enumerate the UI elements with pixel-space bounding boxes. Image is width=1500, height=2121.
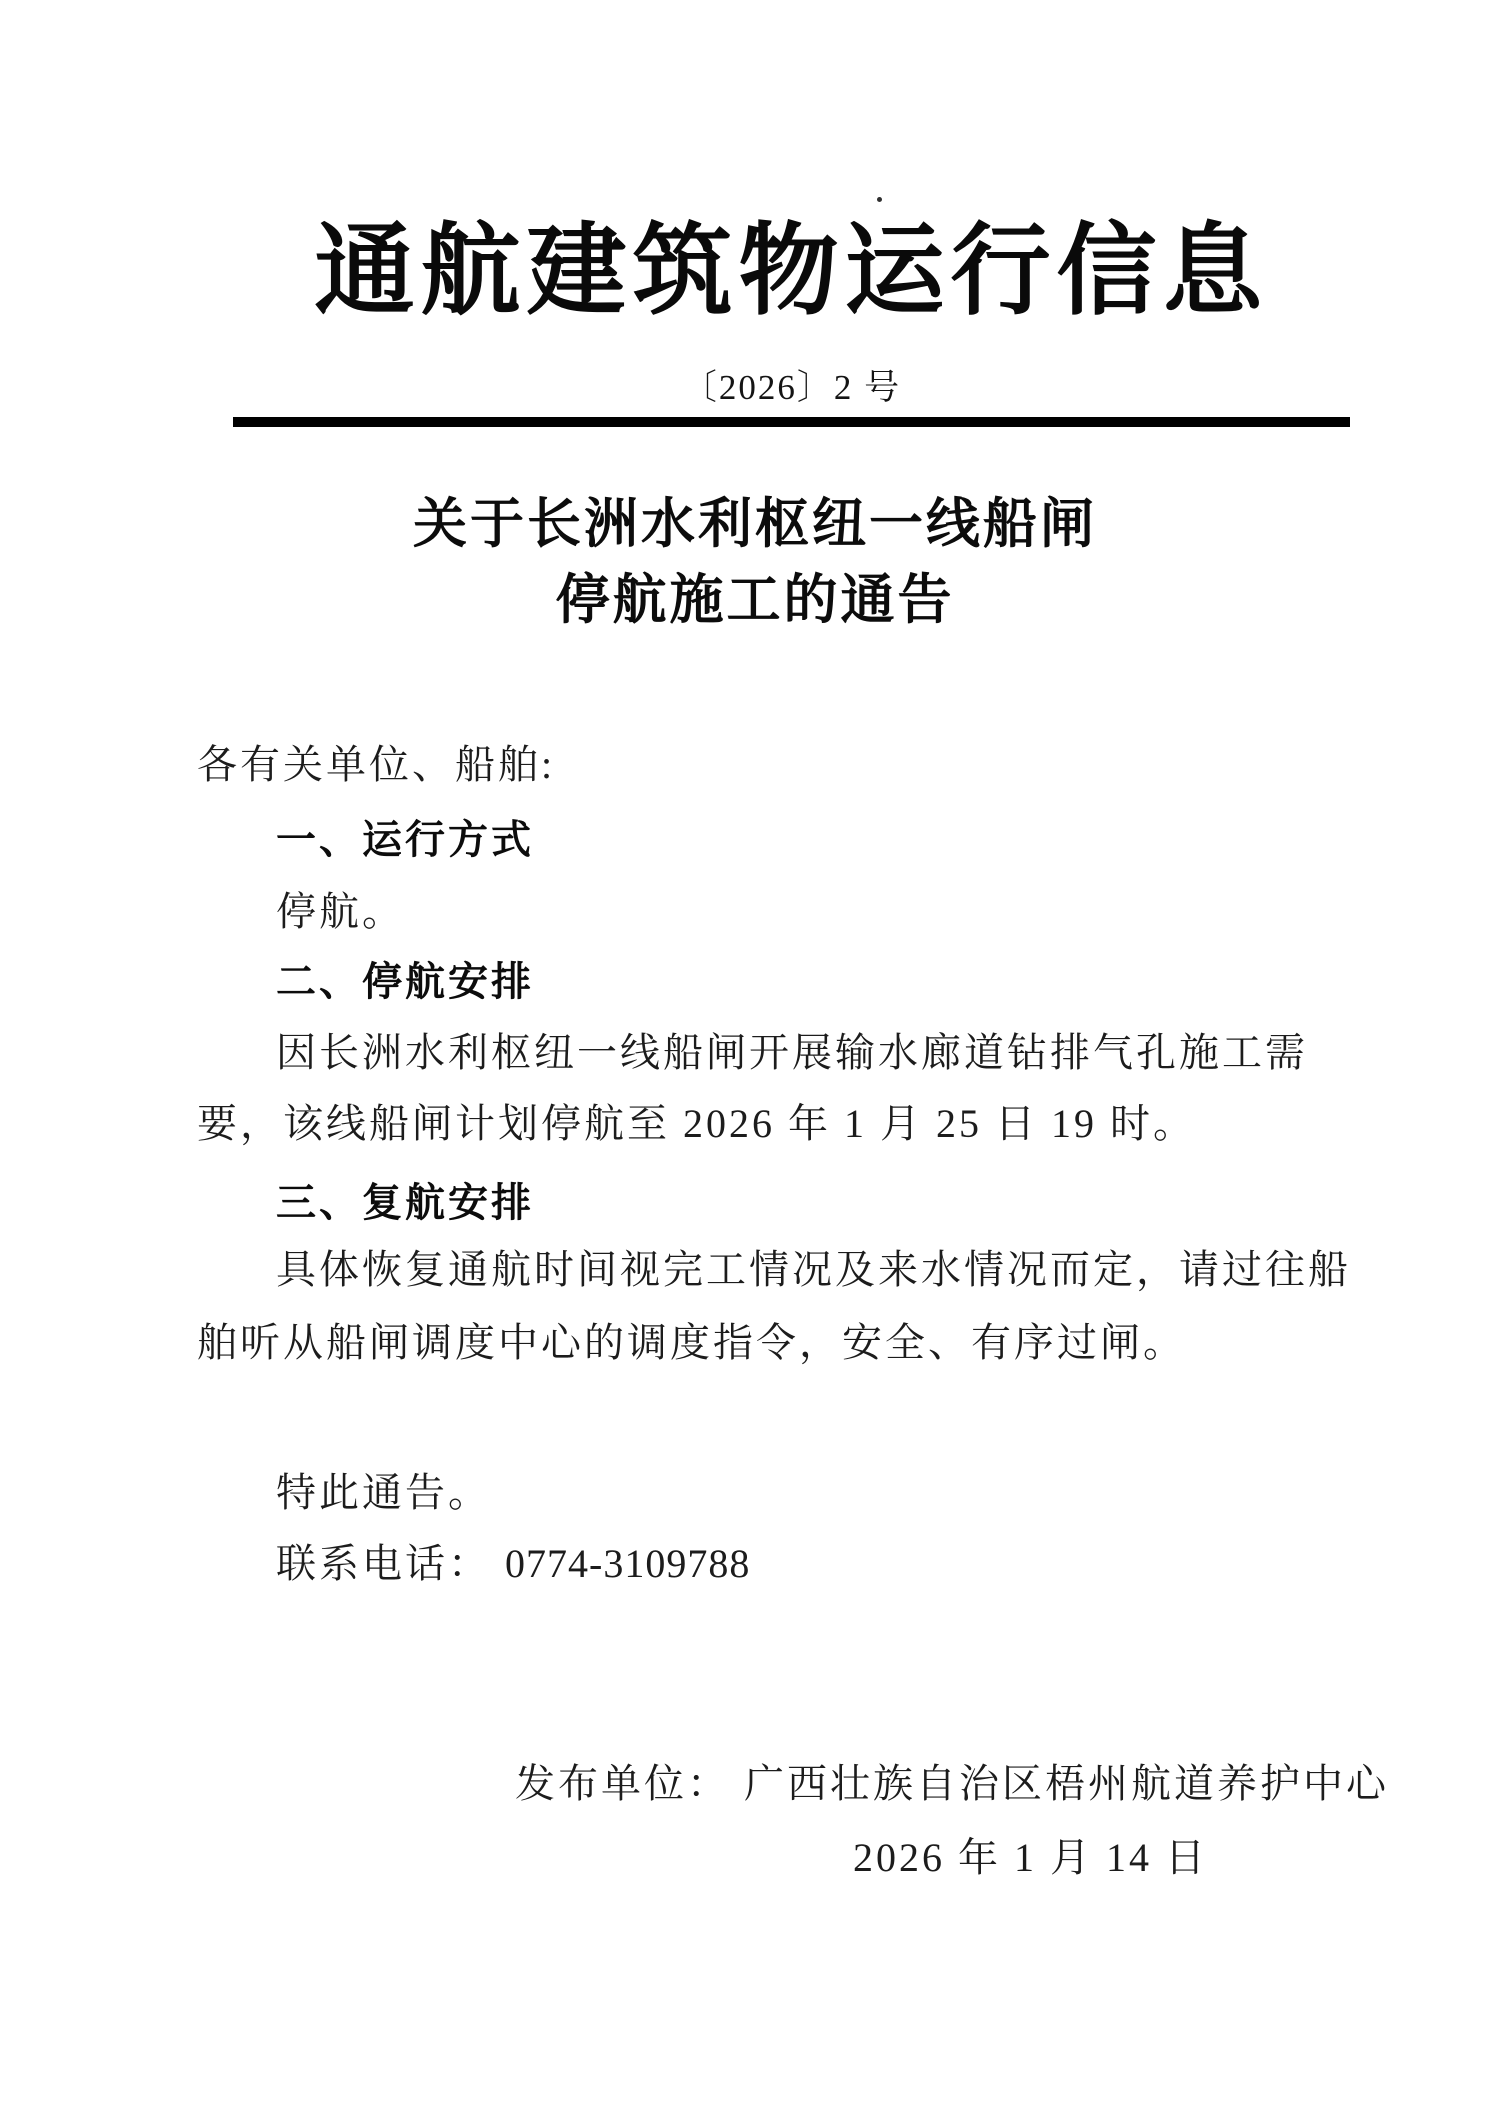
notice-title: 关于长洲水利枢纽一线船闸 停航施工的通告 [200,486,1310,638]
issue-date: 2026 年 1 月 14 日 [853,1826,1208,1883]
scan-artifact-dot [877,197,882,202]
contact-line: 联系电话：0774-3109788 [276,1532,750,1589]
contact-phone: 0774-3109788 [505,1541,750,1586]
notice-title-line1: 关于长洲水利枢纽一线船闸 [200,486,1310,562]
section3-heading: 三、复航安排 [276,1171,534,1228]
masthead-title: 通航建筑物运行信息 [233,218,1350,326]
publisher-line: 发布单位：广西壮族自治区梧州航道养护中心 [515,1752,1389,1809]
notice-title-line2: 停航施工的通告 [200,562,1310,638]
closing-statement: 特此通告。 [276,1461,491,1518]
document-number: 〔2026〕2 号 [233,360,1350,410]
contact-label: 联系电话： [276,1541,491,1586]
section2-body-line2: 要，该线船闸计划停航至 2026 年 1 月 25 日 19 时。 [197,1092,1196,1149]
publisher-name: 广西壮族自治区梧州航道养护中心 [744,1761,1389,1806]
salutation: 各有关单位、船舶: [197,733,555,790]
section3-body-line1: 具体恢复通航时间视完工情况及来水情况而定，请过往船 [276,1238,1351,1295]
section3-body-line2: 舶听从船闸调度中心的调度指令，安全、有序过闸。 [197,1311,1186,1368]
section1-body: 停航。 [276,880,405,937]
masthead-rule-line [233,417,1350,427]
section2-heading: 二、停航安排 [276,950,534,1007]
section2-body-line1: 因长洲水利枢纽一线船闸开展输水廊道钻排气孔施工需 [276,1021,1308,1078]
section1-heading: 一、运行方式 [276,808,534,865]
notice-document-page: 通航建筑物运行信息 〔2026〕2 号 关于长洲水利枢纽一线船闸 停航施工的通告… [0,0,1500,2121]
publisher-label: 发布单位： [515,1761,730,1806]
